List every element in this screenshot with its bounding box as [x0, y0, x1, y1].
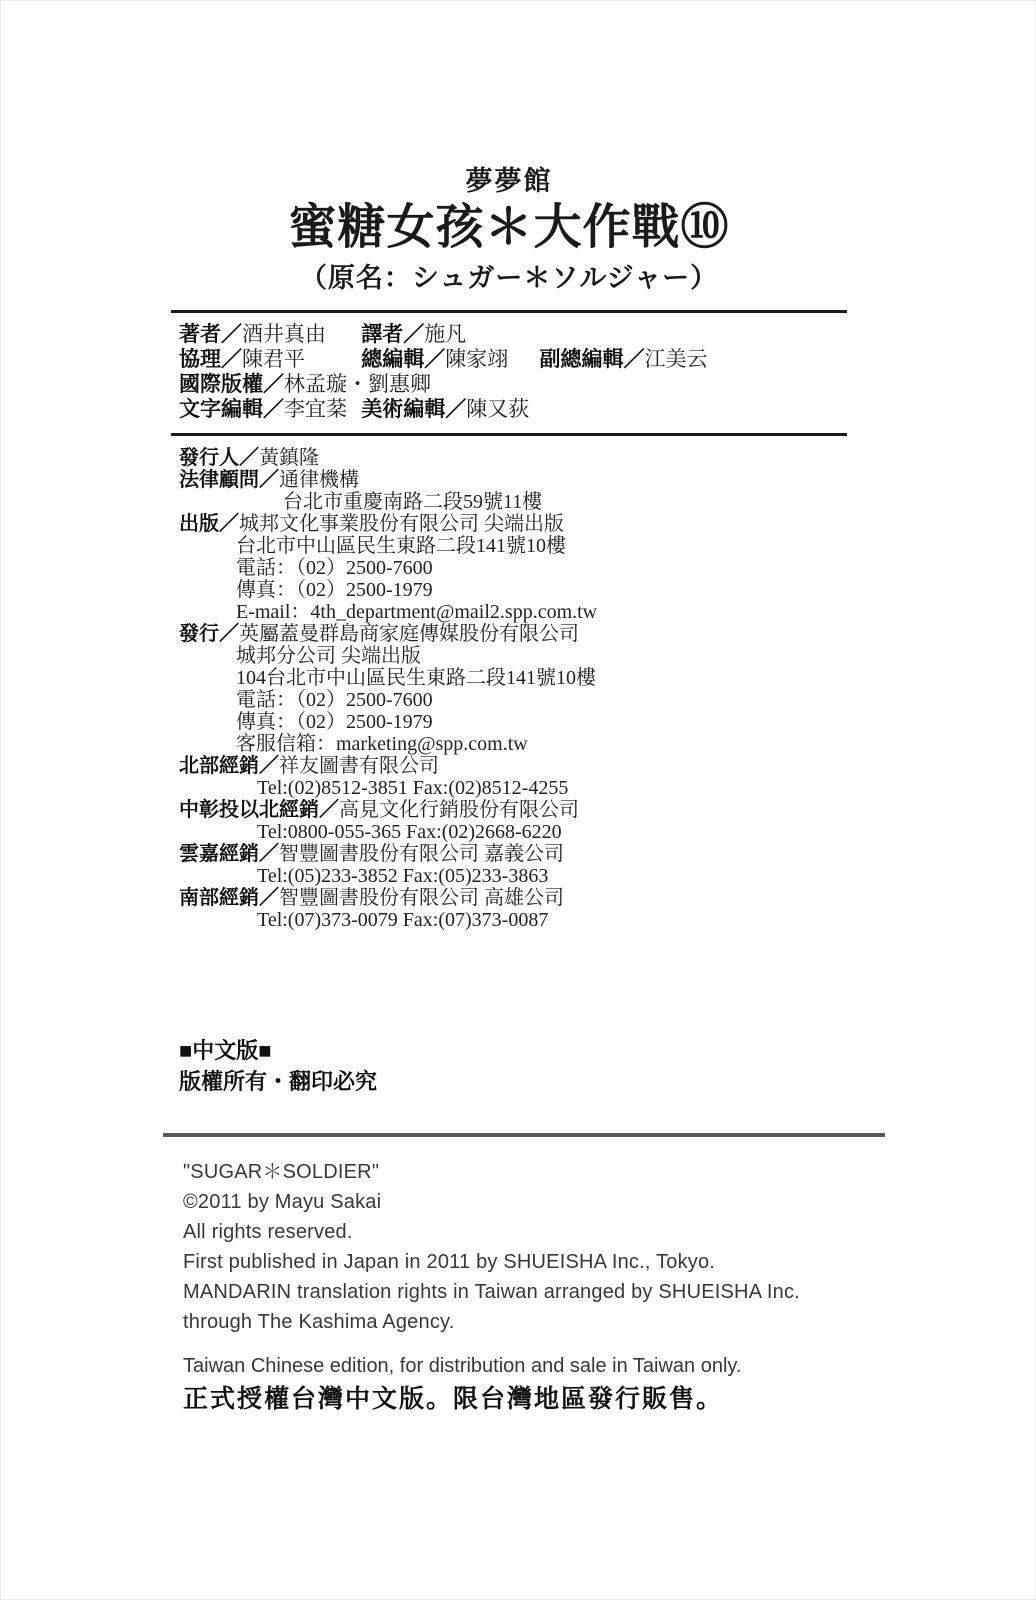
agency-line: through The Kashima Agency.: [183, 1307, 847, 1337]
north-distributor-line: 北部經銷／祥友圖書有限公司: [179, 755, 847, 777]
credit-associate: 協理／陳君平: [179, 347, 356, 372]
address-line: 台北市中山區民生東路二段141號10樓: [179, 535, 847, 557]
distribution-notice-en: Taiwan Chinese edition, for distribution…: [183, 1351, 847, 1381]
distribution-notice-zh: 正式授權台灣中文版。限台灣地區發行販售。: [183, 1381, 847, 1417]
staff-row: 文字編輯／李宜棻 美術編輯／陳又荻: [179, 397, 847, 422]
original-work-title: "SUGAR＊SOLDIER": [183, 1157, 847, 1187]
all-rights-reserved-zh: 版權所有・翻印必究: [179, 1066, 847, 1097]
address-line: 台北市重慶南路二段59號11樓: [179, 491, 847, 513]
credit-author: 著者／酒井真由: [179, 322, 356, 347]
credit-text-editor: 文字編輯／李宜棻: [179, 397, 356, 422]
tel-fax-line: Tel:0800-055-365 Fax:(02)2668-6220: [179, 821, 847, 843]
distribution-notice-section: Taiwan Chinese edition, for distribution…: [171, 1351, 847, 1417]
imprint-label: 夢夢館: [171, 165, 847, 197]
publisher-line: 發行人／黃鎮隆: [179, 447, 847, 469]
publishing-section: 發行人／黃鎮隆 法律顧問／通律機構 台北市重慶南路二段59號11樓 出版／城邦文…: [171, 436, 847, 931]
staff-row: 國際版權／林孟璇・劉惠卿: [179, 372, 847, 397]
credit-translator: 譯者／施凡: [361, 322, 466, 347]
first-published-line: First published in Japan in 2011 by SHUE…: [183, 1247, 847, 1277]
south-distributor-line: 南部經銷／智豐圖書股份有限公司 高雄公司: [179, 887, 847, 909]
fax-line: 傳真：（02）2500-1979: [179, 579, 847, 601]
translation-rights-line: MANDARIN translation rights in Taiwan ar…: [183, 1277, 847, 1307]
tel-fax-line: Tel:(05)233-3852 Fax:(05)233-3863: [179, 865, 847, 887]
chinese-edition-mark: ■中文版■: [179, 1035, 847, 1066]
credit-chief-editor: 總編輯／陳家翊: [361, 347, 534, 372]
chinese-edition-section: ■中文版■ 版權所有・翻印必究: [171, 1035, 847, 1097]
service-email-line: 客服信箱：marketing@spp.com.tw: [179, 733, 847, 755]
address-line: 104台北市中山區民生東路二段141號10樓: [179, 667, 847, 689]
title-block: 夢夢館 蜜糖女孩＊大作戰⑩ （原名：シュガー＊ソルジャー）: [171, 165, 847, 294]
credit-deputy-editor: 副總編輯／江美云: [540, 347, 708, 372]
all-rights-reserved-en: All rights reserved.: [183, 1217, 847, 1247]
yunjia-distributor-line: 雲嘉經銷／智豐圖書股份有限公司 嘉義公司: [179, 843, 847, 865]
phone-line: 電話：（02）2500-7600: [179, 557, 847, 579]
publisher-company-line: 出版／城邦文化事業股份有限公司 尖端出版: [179, 513, 847, 535]
colophon-content: 夢夢館 蜜糖女孩＊大作戰⑩ （原名：シュガー＊ソルジャー） 著者／酒井真由 譯者…: [171, 1, 847, 1417]
phone-line: 電話：（02）2500-7600: [179, 689, 847, 711]
email-line: E-mail：4th_department@mail2.spp.com.tw: [179, 601, 847, 623]
legal-advisor-line: 法律顧問／通律機構: [179, 469, 847, 491]
tel-fax-line: Tel:(02)8512-3851 Fax:(02)8512-4255: [179, 777, 847, 799]
staff-row: 協理／陳君平 總編輯／陳家翊 副總編輯／江美云: [179, 347, 847, 372]
tel-fax-line: Tel:(07)373-0079 Fax:(07)373-0087: [179, 909, 847, 931]
colophon-page: 夢夢館 蜜糖女孩＊大作戰⑩ （原名：シュガー＊ソルジャー） 著者／酒井真由 譯者…: [0, 0, 1036, 1600]
distributor-line: 發行／英屬蓋曼群島商家庭傳媒股份有限公司: [179, 623, 847, 645]
branch-line: 城邦分公司 尖端出版: [179, 645, 847, 667]
staff-row: 著者／酒井真由 譯者／施凡: [179, 322, 847, 347]
credit-art-editor: 美術編輯／陳又荻: [361, 397, 529, 422]
book-title: 蜜糖女孩＊大作戰⑩: [171, 199, 847, 257]
original-title: （原名：シュガー＊ソルジャー）: [171, 262, 847, 294]
credit-international-rights: 國際版權／林孟璇・劉惠卿: [179, 372, 431, 397]
copyright-section: "SUGAR＊SOLDIER" ©2011 by Mayu Sakai All …: [171, 1137, 847, 1337]
staff-credits-section: 著者／酒井真由 譯者／施凡 協理／陳君平 總編輯／陳家翊 副總編輯／江美云 國際…: [171, 313, 847, 422]
central-distributor-line: 中彰投以北經銷／高見文化行銷股份有限公司: [179, 799, 847, 821]
fax-line: 傳真：（02）2500-1979: [179, 711, 847, 733]
copyright-year-author: ©2011 by Mayu Sakai: [183, 1187, 847, 1217]
